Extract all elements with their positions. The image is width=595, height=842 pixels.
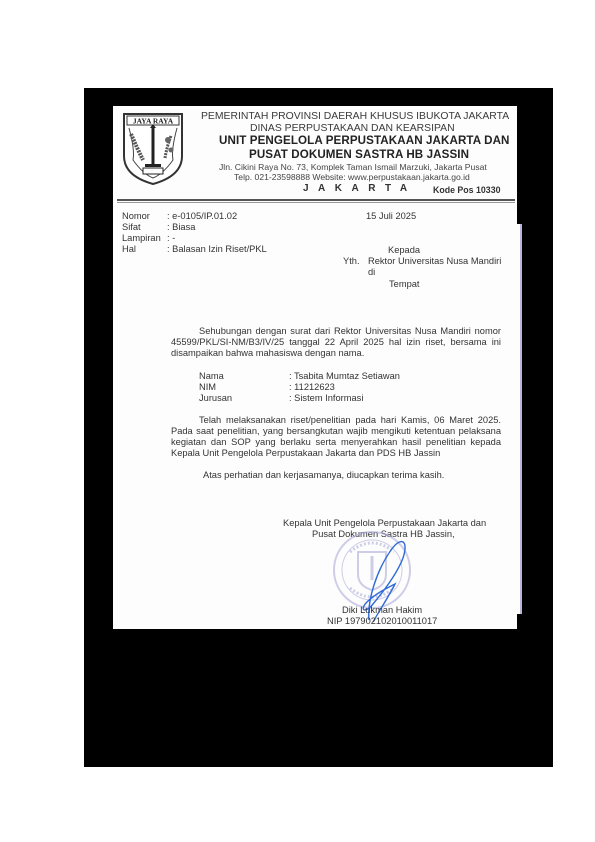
closing-sentence: Atas perhatian dan kerjasamanya, diucapk… — [203, 470, 444, 481]
meta-label-sifat: Sifat — [122, 222, 141, 233]
letterhead-government: PEMERINTAH PROVINSI DAERAH KHUSUS IBUKOT… — [201, 111, 509, 122]
letterhead-contact: Telp. 021-23598888 Website: www.perpusta… — [234, 172, 470, 183]
body-paragraph-intro: Sehubungan dengan surat dari Rektor Univ… — [171, 326, 501, 359]
letterhead-divider-thin — [117, 202, 515, 203]
jakarta-coat-of-arms-icon: JAYA RAYA — [121, 110, 185, 186]
meta-value-lampiran: : - — [167, 233, 175, 244]
svg-text:JAYA RAYA: JAYA RAYA — [133, 117, 174, 126]
meta-value-nomor: : e-0105/IP.01.02 — [167, 211, 237, 222]
letterhead-unit-2: PUSAT DOKUMEN SASTRA HB JASSIN — [249, 149, 469, 160]
signatory-nip: NIP 197902102010011017 — [327, 616, 437, 627]
student-value-nim: : 11212623 — [289, 382, 335, 393]
letterhead-unit: UNIT PENGELOLA PERPUSTAKAAN JAKARTA DAN — [219, 135, 510, 146]
recipient-name: Rektor Universitas Nusa Mandiri — [368, 256, 501, 267]
meta-label-lampiran: Lampiran — [122, 233, 161, 244]
signatory-name: Diki Lukman Hakim — [342, 605, 422, 616]
meta-label-nomor: Nomor — [122, 211, 150, 222]
student-value-jurusan: : Sistem Informasi — [289, 393, 363, 404]
letterhead-department: DINAS PERPUSTAKAAN DAN KEARSIPAN — [250, 123, 455, 134]
student-label-nama: Nama — [199, 371, 224, 382]
recipient-kepada: Kepada — [388, 245, 420, 256]
student-label-nim: NIM — [199, 382, 216, 393]
page-edge-shadow — [517, 224, 522, 614]
letterhead-postal-code: Kode Pos 10330 — [433, 185, 500, 196]
meta-label-hal: Hal — [122, 244, 136, 255]
meta-value-sifat: : Biasa — [167, 222, 195, 233]
recipient-di: di — [368, 267, 375, 278]
letterhead-divider — [117, 199, 515, 201]
meta-value-hal: : Balasan Izin Riset/PKL — [167, 244, 267, 255]
body-paragraph-research-text: Telah melaksanakan riset/penelitian pada… — [171, 415, 501, 458]
body-paragraph-research: Telah melaksanakan riset/penelitian pada… — [171, 415, 501, 459]
student-value-nama: : Tsabita Mumtaz Setiawan — [289, 371, 400, 382]
letter-date: 15 Juli 2025 — [366, 211, 416, 222]
recipient-yth: Yth. — [343, 256, 360, 267]
student-label-jurusan: Jurusan — [199, 393, 232, 404]
body-paragraph-intro-text: Sehubungan dengan surat dari Rektor Univ… — [171, 326, 501, 358]
recipient-tempat: Tempat — [389, 279, 420, 290]
letterhead-city: JAKARTA — [303, 183, 417, 194]
